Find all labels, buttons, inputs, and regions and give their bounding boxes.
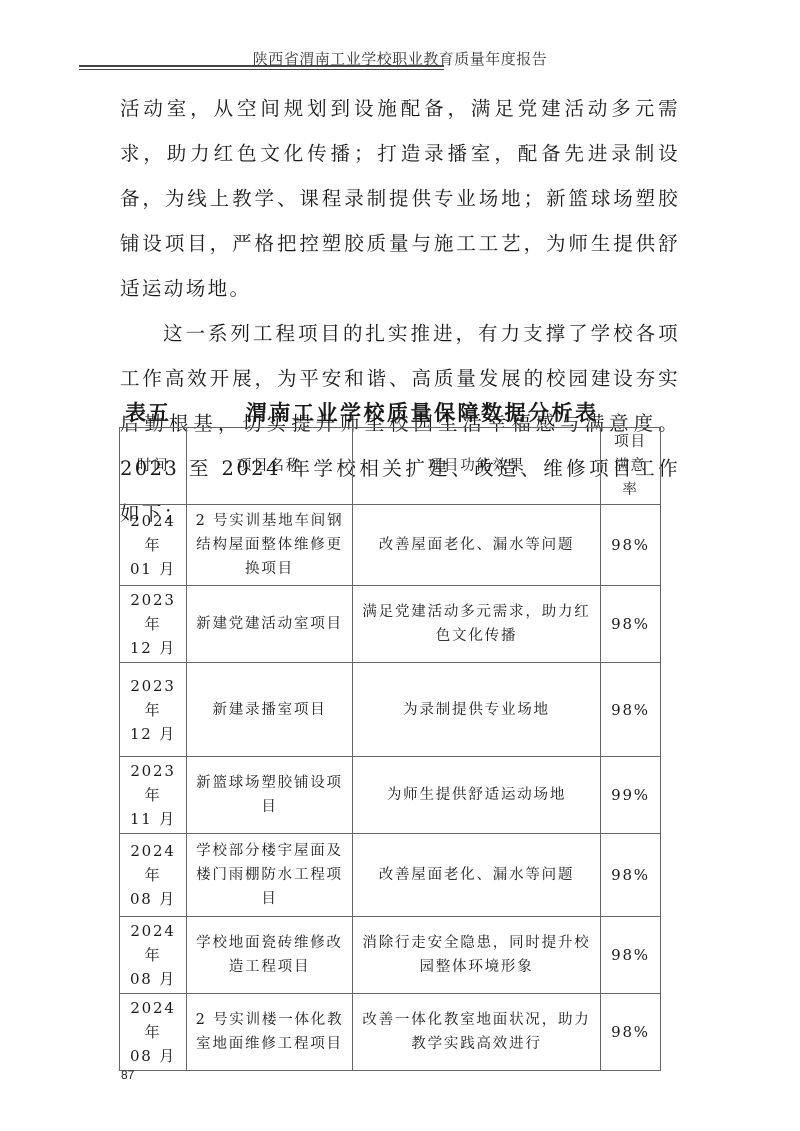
cell-effect: 消除行走安全隐患，同时提升校园整体环境形象	[353, 917, 601, 994]
table-row: 2023 年12 月 新建党建活动室项目 满足党建活动多元需求，助力红色文化传播…	[120, 586, 661, 663]
cell-effect: 满足党建活动多元需求，助力红色文化传播	[353, 586, 601, 663]
table-row: 2024 年01 月 2 号实训基地车间钢结构屋面整体维修更换项目 改善屋面老化…	[120, 505, 661, 586]
time-year: 2024 年	[130, 999, 175, 1041]
page-number: 87	[121, 1068, 134, 1082]
table-caption-label: 表五	[125, 397, 171, 427]
time-month: 01 月	[130, 560, 176, 578]
cell-name: 2 号实训基地车间钢结构屋面整体维修更换项目	[187, 505, 353, 586]
cell-effect: 为师生提供舒适运动场地	[353, 757, 601, 834]
time-month: 08 月	[130, 890, 176, 908]
time-month: 08 月	[130, 1047, 176, 1065]
header-name: 项目名称	[187, 428, 353, 505]
time-year: 2023 年	[130, 762, 175, 804]
cell-name: 新篮球场塑胶铺设项目	[187, 757, 353, 834]
header-rule-thick	[79, 65, 444, 67]
table-row: 2024 年08 月 2 号实训楼一体化教室地面维修工程项目 改善一体化教室地面…	[120, 994, 661, 1071]
cell-satisfaction: 98%	[601, 917, 661, 994]
cell-time: 2024 年08 月	[120, 994, 187, 1071]
header-rule-thin	[79, 69, 444, 70]
quality-assurance-table: 时间 项目名称 项目功能效果 项目满意率 2024 年01 月 2 号实训基地车…	[119, 427, 661, 1071]
table-row: 2024 年08 月 学校地面瓷砖维修改造工程项目 消除行走安全隐患，同时提升校…	[120, 917, 661, 994]
paragraph-1: 活动室，从空间规划到设施配备，满足党建活动多元需求，助力红色文化传播；打造录播室…	[120, 86, 680, 311]
cell-effect: 改善一体化教室地面状况，助力教学实践高效进行	[353, 994, 601, 1071]
time-month: 11 月	[130, 810, 176, 828]
cell-time: 2024 年08 月	[120, 834, 187, 917]
cell-name: 2 号实训楼一体化教室地面维修工程项目	[187, 994, 353, 1071]
table-row: 2024 年08 月 学校部分楼宇屋面及楼门雨棚防水工程项目 改善屋面老化、漏水…	[120, 834, 661, 917]
cell-satisfaction: 98%	[601, 663, 661, 757]
cell-time: 2024 年01 月	[120, 505, 187, 586]
time-year: 2023 年	[130, 677, 175, 719]
cell-satisfaction: 98%	[601, 505, 661, 586]
cell-satisfaction: 99%	[601, 757, 661, 834]
header-time: 时间	[120, 428, 187, 505]
cell-time: 2023 年12 月	[120, 586, 187, 663]
cell-satisfaction: 98%	[601, 834, 661, 917]
table-caption: 表五 渭南工业学校质量保障数据分析表	[120, 397, 680, 427]
cell-name: 学校部分楼宇屋面及楼门雨棚防水工程项目	[187, 834, 353, 917]
cell-name: 新建录播室项目	[187, 663, 353, 757]
cell-time: 2023 年11 月	[120, 757, 187, 834]
time-year: 2024 年	[130, 512, 175, 554]
table-row: 2023 年11 月 新篮球场塑胶铺设项目 为师生提供舒适运动场地 99%	[120, 757, 661, 834]
table-row: 2023 年12 月 新建录播室项目 为录制提供专业场地 98%	[120, 663, 661, 757]
time-month: 08 月	[130, 970, 176, 988]
cell-satisfaction: 98%	[601, 994, 661, 1071]
header-satisfaction: 项目满意率	[601, 428, 661, 505]
cell-satisfaction: 98%	[601, 586, 661, 663]
cell-time: 2023 年12 月	[120, 663, 187, 757]
cell-effect: 为录制提供专业场地	[353, 663, 601, 757]
cell-effect: 改善屋面老化、漏水等问题	[353, 834, 601, 917]
table-header-row: 时间 项目名称 项目功能效果 项目满意率	[120, 428, 661, 505]
time-year: 2024 年	[130, 842, 175, 884]
table-caption-title: 渭南工业学校质量保障数据分析表	[246, 397, 599, 427]
cell-name: 新建党建活动室项目	[187, 586, 353, 663]
time-month: 12 月	[130, 725, 176, 743]
cell-effect: 改善屋面老化、漏水等问题	[353, 505, 601, 586]
cell-time: 2024 年08 月	[120, 917, 187, 994]
time-month: 12 月	[130, 639, 176, 657]
cell-name: 学校地面瓷砖维修改造工程项目	[187, 917, 353, 994]
header-effect: 项目功能效果	[353, 428, 601, 505]
time-year: 2024 年	[130, 922, 175, 964]
time-year: 2023 年	[130, 591, 175, 633]
